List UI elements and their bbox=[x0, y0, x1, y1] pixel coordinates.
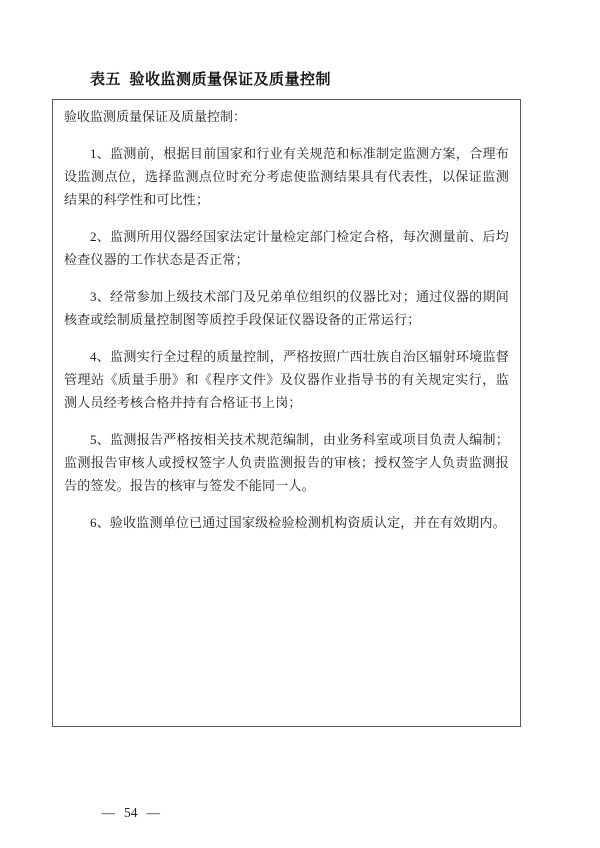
qa-table-cell: 验收监测质量保证及质量控制： 1、监测前，根据目前国家和行业有关规范和标准制定监… bbox=[52, 99, 521, 727]
qa-paragraph-2: 2、监测所用仪器经国家法定计量检定部门检定合格，每次测量前、后均检查仪器的工作状… bbox=[64, 225, 509, 271]
footer-dash-right: — bbox=[145, 805, 163, 821]
qa-paragraph-3: 3、经常参加上级技术部门及兄弟单位组织的仪器比对；通过仪器的期间核查或绘制质量控… bbox=[64, 285, 509, 331]
qa-paragraph-1: 1、监测前，根据目前国家和行业有关规范和标准制定监测方案，合理布设监测点位，选择… bbox=[64, 142, 509, 211]
page-footer: —54— bbox=[86, 789, 162, 837]
qa-paragraph-6: 6、验收监测单位已通过国家级检验检测机构资质认定，并在有效期内。 bbox=[64, 511, 509, 534]
qa-paragraph-4: 4、监测实行全过程的质量控制，严格按照广西壮族自治区辐射环境监督管理站《质量手册… bbox=[64, 345, 509, 414]
qa-paragraph-5: 5、监测报告严格按相关技术规范编制，由业务科室或项目负责人编制；监测报告审核人或… bbox=[64, 428, 509, 497]
qa-table-heading: 验收监测质量保证及质量控制： bbox=[64, 105, 509, 128]
footer-dash-left: — bbox=[100, 805, 118, 821]
page-number: 54 bbox=[117, 805, 145, 821]
page-title: 表五 验收监测质量保证及质量控制 bbox=[90, 68, 331, 89]
document-page: 表五 验收监测质量保证及质量控制 验收监测质量保证及质量控制： 1、监测前，根据… bbox=[0, 0, 600, 848]
